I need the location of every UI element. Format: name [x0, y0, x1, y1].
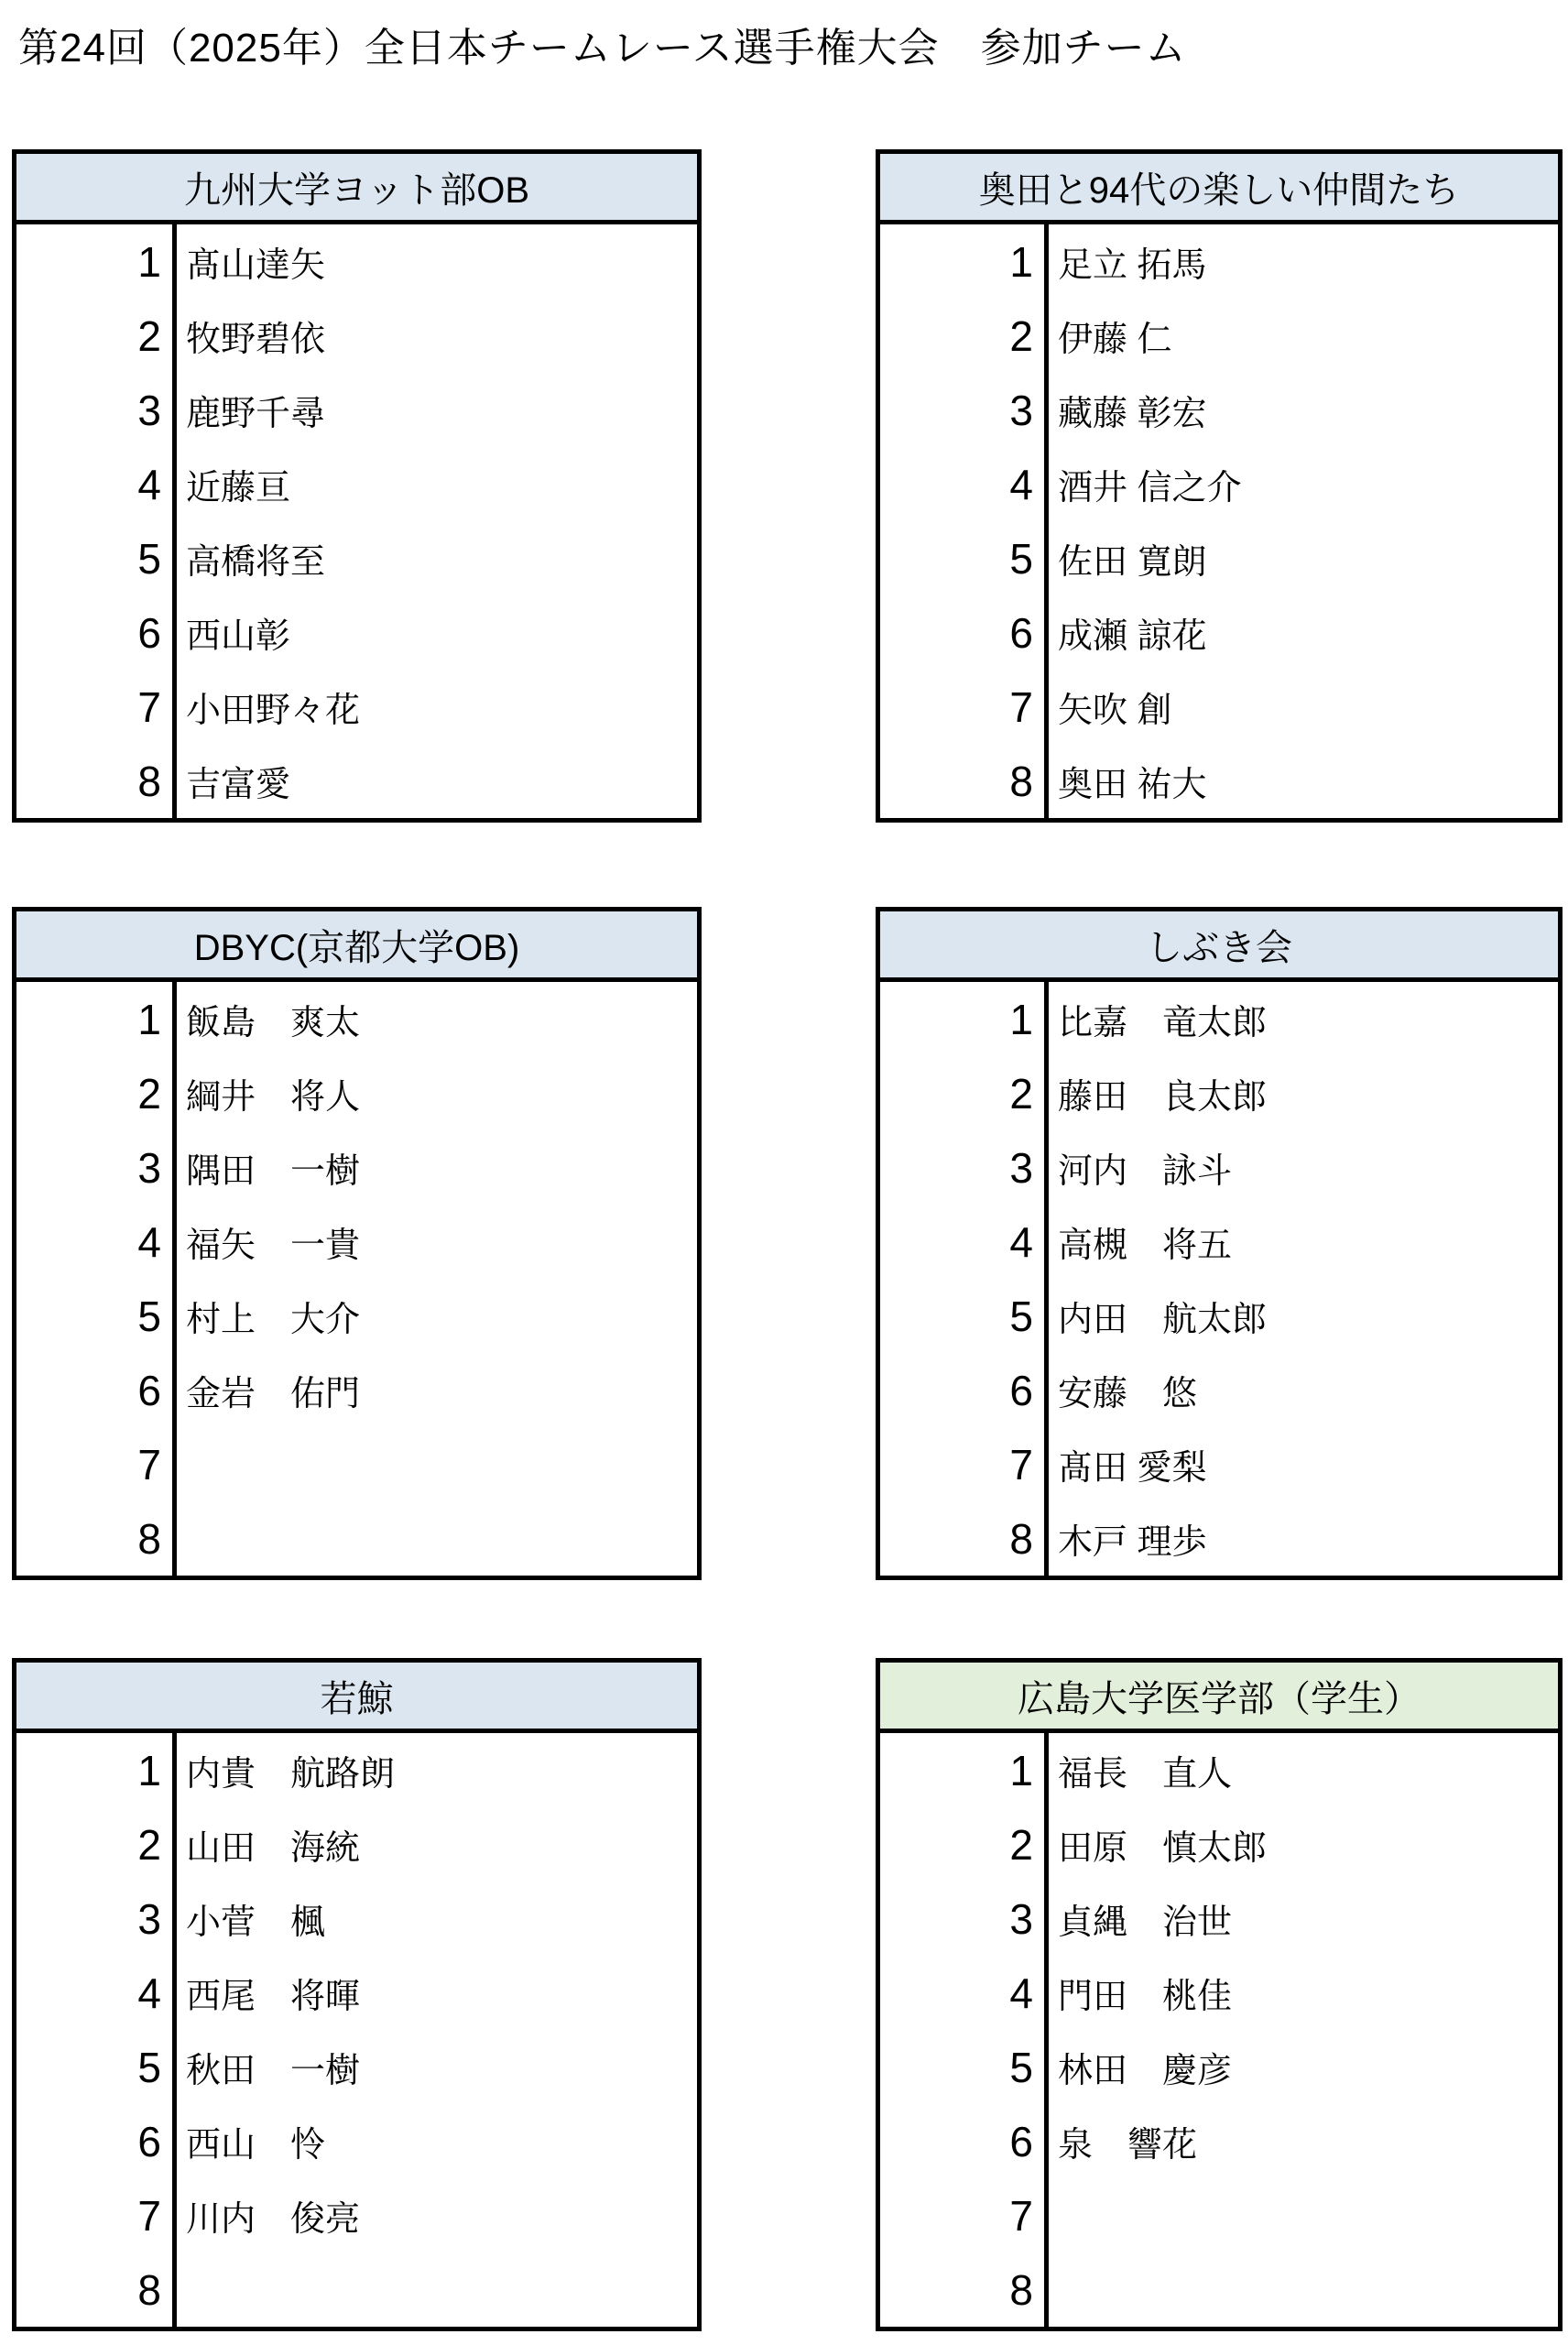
member-name: 高橋将至	[177, 521, 697, 595]
member-number: 8	[16, 2252, 177, 2327]
member-number: 6	[16, 1353, 177, 1427]
member-name	[177, 1427, 697, 1501]
member-number: 6	[880, 2104, 1049, 2178]
member-name: 高槻 将五	[1049, 1205, 1558, 1279]
team-member-list: 1足立 拓馬 2伊藤 仁 3藏藤 彰宏 4酒井 信之介 5佐田 寛朗 6成瀬 諒…	[880, 224, 1558, 818]
member-row: 1福長 直人	[880, 1733, 1558, 1807]
member-row: 8	[16, 1501, 697, 1576]
member-name	[177, 2252, 697, 2327]
team-header: 若鯨	[16, 1663, 697, 1733]
member-number: 2	[16, 299, 177, 373]
member-name: 内田 航太郎	[1049, 1279, 1558, 1353]
member-row: 8木戸 理歩	[880, 1501, 1558, 1576]
member-row: 5佐田 寛朗	[880, 521, 1558, 595]
member-name	[177, 1501, 697, 1576]
member-row: 2田原 慎太郎	[880, 1807, 1558, 1881]
member-number: 2	[880, 1807, 1049, 1881]
member-row: 6金岩 佑門	[16, 1353, 697, 1427]
member-name: 隅田 一樹	[177, 1130, 697, 1205]
member-row: 1飯島 爽太	[16, 982, 697, 1056]
member-row: 6西山 怜	[16, 2104, 697, 2178]
member-number: 7	[16, 1427, 177, 1501]
member-row: 8吉富愛	[16, 744, 697, 818]
member-name: 村上 大介	[177, 1279, 697, 1353]
team-header: 奥田と94代の楽しい仲間たち	[880, 154, 1558, 224]
member-name: 田原 慎太郎	[1049, 1807, 1558, 1881]
member-row: 2伊藤 仁	[880, 299, 1558, 373]
member-name: 奥田 祐大	[1049, 744, 1558, 818]
team-member-list: 1髙山達矢 2牧野碧依 3鹿野千尋 4近藤亘 5高橋将至 6西山彰 7小田野々花…	[16, 224, 697, 818]
member-name: 林田 慶彦	[1049, 2030, 1558, 2104]
member-number: 2	[16, 1807, 177, 1881]
member-row: 7矢吹 創	[880, 670, 1558, 744]
member-row: 2牧野碧依	[16, 299, 697, 373]
member-row: 5内田 航太郎	[880, 1279, 1558, 1353]
member-name: 金岩 佑門	[177, 1353, 697, 1427]
member-number: 3	[16, 1881, 177, 1956]
member-number: 3	[880, 1881, 1049, 1956]
member-number: 7	[880, 670, 1049, 744]
member-number: 7	[16, 670, 177, 744]
member-number: 4	[880, 447, 1049, 521]
member-number: 3	[880, 1130, 1049, 1205]
member-name: 木戸 理歩	[1049, 1501, 1558, 1576]
team-table-shibukikai: しぶき会 1比嘉 竜太郎 2藤田 良太郎 3河内 詠斗 4高槻 将五 5内田 航…	[876, 907, 1563, 1580]
member-name: 門田 桃佳	[1049, 1956, 1558, 2030]
member-name: 比嘉 竜太郎	[1049, 982, 1558, 1056]
team-table-dbyc: DBYC(京都大学OB) 1飯島 爽太 2綱井 将人 3隅田 一樹 4福矢 一貴…	[12, 907, 702, 1580]
member-number: 6	[16, 595, 177, 670]
member-row: 2藤田 良太郎	[880, 1056, 1558, 1130]
member-row: 4西尾 将暉	[16, 1956, 697, 2030]
member-name: 成瀬 諒花	[1049, 595, 1558, 670]
member-number: 7	[16, 2178, 177, 2252]
member-number: 8	[880, 1501, 1049, 1576]
member-row: 7	[880, 2178, 1558, 2252]
member-number: 2	[880, 299, 1049, 373]
member-name: 安藤 悠	[1049, 1353, 1558, 1427]
member-name: 飯島 爽太	[177, 982, 697, 1056]
member-row: 7川内 俊亮	[16, 2178, 697, 2252]
member-row: 5秋田 一樹	[16, 2030, 697, 2104]
member-row: 5林田 慶彦	[880, 2030, 1558, 2104]
member-number: 5	[880, 1279, 1049, 1353]
member-row: 8	[880, 2252, 1558, 2327]
member-name: 藤田 良太郎	[1049, 1056, 1558, 1130]
member-name: 西尾 将暉	[177, 1956, 697, 2030]
member-row: 4高槻 将五	[880, 1205, 1558, 1279]
team-member-list: 1内貴 航路朗 2山田 海統 3小菅 楓 4西尾 将暉 5秋田 一樹 6西山 怜…	[16, 1733, 697, 2327]
team-table-kyushu-ob: 九州大学ヨット部OB 1髙山達矢 2牧野碧依 3鹿野千尋 4近藤亘 5高橋将至 …	[12, 149, 702, 823]
member-name: 泉 響花	[1049, 2104, 1558, 2178]
team-header: しぶき会	[880, 911, 1558, 982]
member-number: 6	[16, 2104, 177, 2178]
member-row: 3貞縄 治世	[880, 1881, 1558, 1956]
member-number: 2	[880, 1056, 1049, 1130]
member-row: 7髙田 愛梨	[880, 1427, 1558, 1501]
member-name: 山田 海統	[177, 1807, 697, 1881]
member-name: 伊藤 仁	[1049, 299, 1558, 373]
member-row: 3小菅 楓	[16, 1881, 697, 1956]
team-header: 広島大学医学部（学生）	[880, 1663, 1558, 1733]
member-name: 西山彰	[177, 595, 697, 670]
member-row: 6成瀬 諒花	[880, 595, 1558, 670]
team-table-wakagei: 若鯨 1内貴 航路朗 2山田 海統 3小菅 楓 4西尾 将暉 5秋田 一樹 6西…	[12, 1658, 702, 2331]
member-number: 1	[16, 224, 177, 299]
member-number: 1	[880, 224, 1049, 299]
team-table-okuda-94: 奥田と94代の楽しい仲間たち 1足立 拓馬 2伊藤 仁 3藏藤 彰宏 4酒井 信…	[876, 149, 1563, 823]
page-title: 第24回（2025年）全日本チームレース選手権大会 参加チーム	[18, 15, 1187, 73]
member-name: 西山 怜	[177, 2104, 697, 2178]
member-number: 5	[16, 1279, 177, 1353]
member-number: 3	[16, 373, 177, 447]
member-name: 佐田 寛朗	[1049, 521, 1558, 595]
member-number: 5	[880, 521, 1049, 595]
member-number: 8	[16, 1501, 177, 1576]
member-row: 1内貴 航路朗	[16, 1733, 697, 1807]
member-number: 6	[880, 595, 1049, 670]
team-member-list: 1飯島 爽太 2綱井 将人 3隅田 一樹 4福矢 一貴 5村上 大介 6金岩 佑…	[16, 982, 697, 1576]
team-header: DBYC(京都大学OB)	[16, 911, 697, 982]
member-row: 2綱井 将人	[16, 1056, 697, 1130]
member-row: 5高橋将至	[16, 521, 697, 595]
member-name: 吉富愛	[177, 744, 697, 818]
member-row: 1比嘉 竜太郎	[880, 982, 1558, 1056]
member-number: 4	[880, 1205, 1049, 1279]
member-row: 8奥田 祐大	[880, 744, 1558, 818]
member-number: 4	[16, 1956, 177, 2030]
member-row: 7	[16, 1427, 697, 1501]
member-number: 5	[16, 2030, 177, 2104]
member-name: 小田野々花	[177, 670, 697, 744]
member-name: 近藤亘	[177, 447, 697, 521]
member-number: 4	[16, 1205, 177, 1279]
member-name	[1049, 2178, 1558, 2252]
member-name: 鹿野千尋	[177, 373, 697, 447]
member-row: 6泉 響花	[880, 2104, 1558, 2178]
member-row: 2山田 海統	[16, 1807, 697, 1881]
member-number: 3	[880, 373, 1049, 447]
member-number: 8	[16, 744, 177, 818]
member-row: 3河内 詠斗	[880, 1130, 1558, 1205]
member-name: 川内 俊亮	[177, 2178, 697, 2252]
member-number: 6	[880, 1353, 1049, 1427]
team-member-list: 1比嘉 竜太郎 2藤田 良太郎 3河内 詠斗 4高槻 将五 5内田 航太郎 6安…	[880, 982, 1558, 1576]
member-number: 1	[16, 1733, 177, 1807]
member-number: 7	[880, 1427, 1049, 1501]
member-number: 8	[880, 2252, 1049, 2327]
member-name: 福矢 一貴	[177, 1205, 697, 1279]
member-row: 3鹿野千尋	[16, 373, 697, 447]
member-row: 1足立 拓馬	[880, 224, 1558, 299]
member-number: 5	[16, 521, 177, 595]
member-number: 4	[880, 1956, 1049, 2030]
team-table-hiroshima-med: 広島大学医学部（学生） 1福長 直人 2田原 慎太郎 3貞縄 治世 4門田 桃佳…	[876, 1658, 1563, 2331]
member-row: 4近藤亘	[16, 447, 697, 521]
member-name: 髙田 愛梨	[1049, 1427, 1558, 1501]
member-row: 3藏藤 彰宏	[880, 373, 1558, 447]
member-number: 3	[16, 1130, 177, 1205]
member-row: 6安藤 悠	[880, 1353, 1558, 1427]
member-name: 足立 拓馬	[1049, 224, 1558, 299]
team-header: 九州大学ヨット部OB	[16, 154, 697, 224]
member-row: 6西山彰	[16, 595, 697, 670]
member-name: 小菅 楓	[177, 1881, 697, 1956]
member-name: 福長 直人	[1049, 1733, 1558, 1807]
member-number: 7	[880, 2178, 1049, 2252]
member-name: 髙山達矢	[177, 224, 697, 299]
member-number: 4	[16, 447, 177, 521]
member-name: 矢吹 創	[1049, 670, 1558, 744]
member-row: 1髙山達矢	[16, 224, 697, 299]
member-number: 1	[880, 982, 1049, 1056]
member-number: 8	[880, 744, 1049, 818]
member-name: 秋田 一樹	[177, 2030, 697, 2104]
member-number: 2	[16, 1056, 177, 1130]
member-number: 1	[16, 982, 177, 1056]
team-member-list: 1福長 直人 2田原 慎太郎 3貞縄 治世 4門田 桃佳 5林田 慶彦 6泉 響…	[880, 1733, 1558, 2327]
member-row: 3隅田 一樹	[16, 1130, 697, 1205]
member-name: 藏藤 彰宏	[1049, 373, 1558, 447]
member-name: 内貴 航路朗	[177, 1733, 697, 1807]
member-row: 5村上 大介	[16, 1279, 697, 1353]
member-number: 1	[880, 1733, 1049, 1807]
member-name	[1049, 2252, 1558, 2327]
member-row: 8	[16, 2252, 697, 2327]
member-name: 牧野碧依	[177, 299, 697, 373]
member-row: 4門田 桃佳	[880, 1956, 1558, 2030]
member-row: 7小田野々花	[16, 670, 697, 744]
member-name: 河内 詠斗	[1049, 1130, 1558, 1205]
member-name: 酒井 信之介	[1049, 447, 1558, 521]
member-name: 綱井 将人	[177, 1056, 697, 1130]
member-name: 貞縄 治世	[1049, 1881, 1558, 1956]
member-row: 4福矢 一貴	[16, 1205, 697, 1279]
member-number: 5	[880, 2030, 1049, 2104]
member-row: 4酒井 信之介	[880, 447, 1558, 521]
